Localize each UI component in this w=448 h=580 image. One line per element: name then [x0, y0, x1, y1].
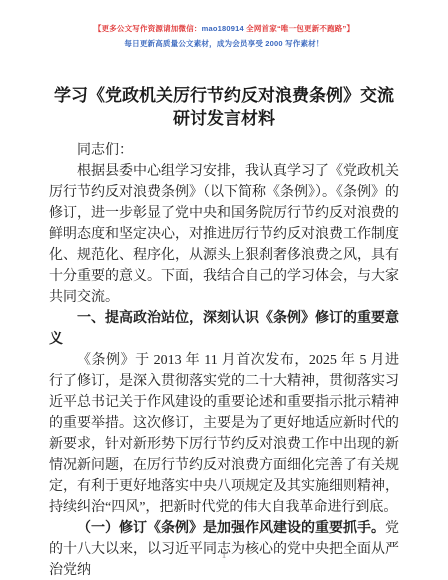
ad-wechat-account: mao180914 [202, 24, 244, 33]
paragraph-intro: 根据县委中心组学习安排，我认真学习了《党政机关厉行节约反对浪费条例》（以下简称《… [49, 161, 399, 308]
paragraph-3: （一）修订《条例》是加强作风建设的重要抓手。党的十八大以来，以习近平同志为核心的… [49, 518, 399, 580]
ad-line-1: 【更多公文写作资源请加微信：mao180914 全网首家“唯一包更新不跑路”】 [0, 21, 448, 36]
ad-line1-suffix: 全网首家“唯一包更新不跑路”】 [244, 24, 354, 33]
ad-line-2: 每日更新高质量公文素材，成为会员享受 2000 写作素材！ [0, 36, 448, 51]
document-title-line1: 学习《党政机关厉行节约反对浪费条例》交流 [54, 86, 394, 105]
document-page: 【更多公文写作资源请加微信：mao180914 全网首家“唯一包更新不跑路”】 … [0, 0, 448, 580]
salutation: 同志们： [49, 140, 399, 161]
page-number: 1 [0, 550, 448, 560]
section-heading-1: 一、提高政治站位，深刻认识《条例》修订的重要意义 [49, 308, 399, 350]
document-title: 学习《党政机关厉行节约反对浪费条例》交流 研讨发言材料 [28, 84, 420, 130]
document-body: 同志们： 根据县委中心组学习安排，我认真学习了《党政机关厉行节约反对浪费条例》（… [0, 140, 448, 580]
paragraph-2: 《条例》于 2013 年 11 月首次发布，2025 年 5 月进行了修订，是深… [49, 350, 399, 518]
ad-line1-prefix: 【更多公文写作资源请加微信： [94, 24, 202, 33]
paragraph-3-lead: （一）修订《条例》是加强作风建设的重要抓手。 [77, 521, 385, 536]
document-title-line2: 研讨发言材料 [173, 109, 275, 128]
watermark-ad: 【更多公文写作资源请加微信：mao180914 全网首家“唯一包更新不跑路”】 … [0, 0, 448, 51]
